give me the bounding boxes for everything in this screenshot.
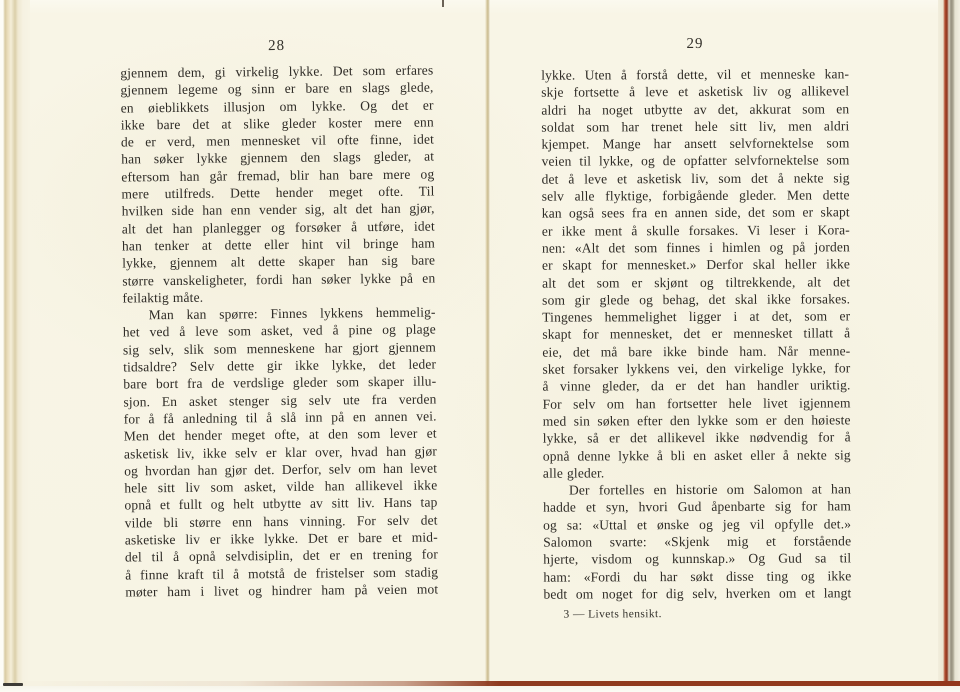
text-line: opnå denne lykke å bli en asket eller å … xyxy=(543,446,851,465)
text-line: Tingenes hemmelighet ligger i at det, so… xyxy=(542,307,850,326)
page-left-text: gjennem dem, gi virkelig lykke. Det som … xyxy=(120,61,438,600)
text-line: å vinne gleder, da er det han handler ur… xyxy=(542,377,850,396)
text-line: alle gleder. xyxy=(543,463,851,482)
text-line: kjempet. Mange har ansett selvfornektels… xyxy=(541,135,849,154)
text-line: skapt for mennesket, det er mennesket ti… xyxy=(542,325,850,344)
text-line: skje fortsette å leve et asketisk liv og… xyxy=(541,83,849,102)
text-line: eie, det må bare ikke binde ham. Når men… xyxy=(542,342,850,361)
text-line: aldri ha noget utbytte av det, akkurat s… xyxy=(541,100,849,119)
scan-margin-bottom xyxy=(0,686,960,692)
text-line: Der fortelles en historie om Salomon at … xyxy=(543,480,851,499)
page-right-text: lykke. Uten å forstå dette, vil et menne… xyxy=(541,65,851,603)
text-line: hjerte, visdom og kunnskap.» Og Gud sa t… xyxy=(543,550,851,569)
page-right: 29 lykke. Uten å forstå dette, vil et me… xyxy=(541,35,852,656)
text-line: sket forsaker lykkens vei, den virkelige… xyxy=(542,359,850,378)
page-left: 28 gjennem dem, gi virkelig lykke. Det s… xyxy=(120,36,439,649)
text-line: selv alle flyktige, forbigående gleder. … xyxy=(542,186,850,205)
page-number-right: 29 xyxy=(541,35,849,53)
text-line: er ikke ment å skulle forsakes. Vi leser… xyxy=(542,221,850,240)
spine-crease xyxy=(485,0,490,692)
text-line: soldat som har trenet hele sitt liv, men… xyxy=(541,117,849,136)
text-line: lykke. Uten å forstå dette, vil et menne… xyxy=(541,65,849,84)
text-line: det å leve et asketisk liv, som det å ne… xyxy=(542,169,850,188)
scan-artifact-tick xyxy=(442,0,444,7)
text-line: hadde et syn, hvori Gud åpenbarte sig fo… xyxy=(543,498,851,517)
text-line: kan også sees fra en annen side, det som… xyxy=(542,204,850,223)
text-line: med sin søken efter den lykke som er den… xyxy=(543,411,851,430)
page-edges-left xyxy=(0,0,30,692)
text-line: alt det som er skjønt og tiltrekkende, a… xyxy=(542,273,850,292)
text-line: som gir glede og behag, det skal ikke fo… xyxy=(542,290,850,309)
page-number-left: 28 xyxy=(120,36,433,56)
text-line: Salomon svarte: «Skjenk mig et forståend… xyxy=(543,532,851,551)
text-line: lykke, så er det allikevel ikke nødvendi… xyxy=(543,429,851,448)
scan-artifact-dash xyxy=(3,683,23,686)
cover-edge-right xyxy=(938,0,960,692)
text-line: ham: «Fordi du har søkt disse ting og ik… xyxy=(543,567,851,586)
text-line: er skapt for mennesket.» Derfor skal hel… xyxy=(542,256,850,275)
text-line: veien til lykke, og de opfatter selvforn… xyxy=(542,152,850,171)
text-line: For selv om han fortsetter hele livet ig… xyxy=(543,394,851,413)
text-line: større vanskeligheter, fordi han søker l… xyxy=(122,269,435,289)
text-line: nen: «Alt det som finnes i himlen og på … xyxy=(542,238,850,257)
signature-footnote: 3 — Livets hensikt. xyxy=(563,608,661,620)
text-line: og sa: «Uttal et ønske og jeg vil opfyll… xyxy=(543,515,851,534)
text-line: bedt om noget for dig selv, hverken om e… xyxy=(543,584,851,603)
book-scan: 28 gjennem dem, gi virkelig lykke. Det s… xyxy=(0,0,960,692)
text-line: møter ham i livet og hindrer ham på veie… xyxy=(125,580,438,600)
